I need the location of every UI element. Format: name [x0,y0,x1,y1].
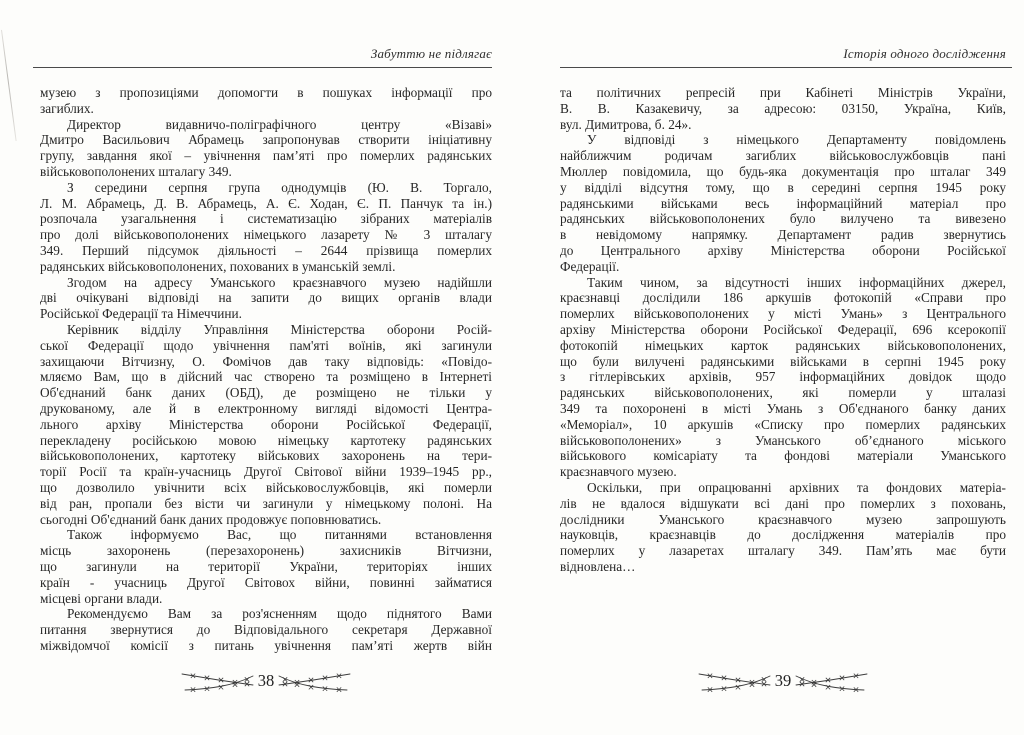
text-line: сьогодні Об'єднаний банк даних продовжує… [40,512,492,528]
left-page-text: музею з пропозиціями допомогти в пошуках… [40,85,492,654]
running-head-right: Історія одного дослідження [560,46,1006,67]
text-line: Оскільки, при опрацюванні архівних та фо… [560,480,1006,496]
text-line: Директор видавничо-поліграфічного центру… [40,117,492,133]
paragraph: Також інформуємо Вас, що питаннями встан… [40,527,492,606]
text-line: Федерації. [560,259,1006,275]
text-line: міжвідомчої комісії з питань увічнення п… [40,638,492,654]
text-line: вул. Димитрова, б. 24». [560,117,1006,133]
paragraph: Оскільки, при опрацюванні архівних та фо… [560,480,1006,575]
text-line: Об'єднаний банк даних (ОБД), де розміщен… [40,385,492,401]
text-line: до Центрального архіву Міністерства обор… [560,243,1006,259]
text-line: З середини серпня група однодумців (Ю. В… [40,180,492,196]
right-page: Історія одного дослідження та політичних… [560,46,1006,575]
text-line: Дмитро Васильович Абрамець запропонував … [40,132,492,148]
text-line: радянських військовополонених, похованих… [40,259,492,275]
paragraph: Директор видавничо-поліграфічного центру… [40,117,492,180]
text-line: відновлена… [560,559,1006,575]
text-line: найближчим родичам загиблих військовослу… [560,148,1006,164]
text-line: ської Федерації щодо увічнення пам'яті в… [40,338,492,354]
text-line: радянських військовополонених було вилуч… [560,211,1006,227]
text-line: захищаючи Вітчизну, О. Фомічов дав таку … [40,354,492,370]
text-line: померлих військовополонених у місті Уман… [560,306,1006,322]
text-line: в невідомому напрямку. Департамент радив… [560,227,1006,243]
text-line: Рекомендуємо Вам за роз'ясненням щодо пі… [40,606,492,622]
text-line: та політичних репресій при Кабінеті Міні… [560,85,1006,101]
paragraph: Таким чином, за відсутності інших інформ… [560,275,1006,480]
text-line: Згодом на адресу Уманського краєзнавчого… [40,275,492,291]
paragraph: та політичних репресій при Кабінеті Міні… [560,85,1006,132]
text-line: музею з пропозиціями допомогти в пошуках… [40,85,492,101]
text-line: перекладену російською мовою німецьку ка… [40,433,492,449]
paragraph: музею з пропозиціями допомогти в пошуках… [40,85,492,117]
text-line: архіву Міністерства оборони Російської Ф… [560,322,1006,338]
text-line: «Меморіал», 10 аркушів «Списку про помер… [560,417,1006,433]
right-page-footer: 39 [560,664,1006,698]
text-line: фотокопій німецьких карток радянських ві… [560,338,1006,354]
text-line: друкованому, але й в електронному вигляд… [40,401,492,417]
text-line: льного архіву Міністерства оборони Росій… [40,417,492,433]
book-spread: Забуттю не підлягає музею з пропозиціями… [0,0,1024,735]
text-line: Російської Федерації та Німеччини. [40,306,492,322]
text-line: радянських військовополонених, які помер… [560,385,1006,401]
text-line: від ран, пропали без вісти чи загинули у… [40,496,492,512]
paragraph: У відповіді з німецького Департаменту по… [560,132,1006,274]
running-head-left: Забуттю не підлягає [40,46,492,67]
text-line: 349. Перший підсумок діяльності – 2644 п… [40,243,492,259]
left-page: Забуттю не підлягає музею з пропозиціями… [40,46,492,654]
text-line: Таким чином, за відсутності інших інформ… [560,275,1006,291]
text-line: краєзнавчого музею. [560,464,1006,480]
text-line: військовополонених шталагу 349. [40,164,492,180]
text-line: військовополонених» з Уманського об’єдна… [560,433,1006,449]
left-page-footer: 38 [40,664,492,698]
text-line: Керівник відділу Управління Міністерства… [40,322,492,338]
text-line: науковців, краєзнавців до дослідження ма… [560,527,1006,543]
barbed-wire-right-icon [794,668,868,694]
text-line: військового комісаріату та фондові матер… [560,448,1006,464]
barbed-wire-left-icon [698,668,772,694]
text-line: що загинули на території України, терито… [40,559,492,575]
page-number: 38 [255,673,278,690]
text-line: В. В. Казакевичу, за адресою: 03150, Укр… [560,101,1006,117]
text-line: що були вилучені радянськими військами в… [560,354,1006,370]
text-line: країн - учасниць Другої Світовох війни, … [40,575,492,591]
paragraph: Згодом на адресу Уманського краєзнавчого… [40,275,492,322]
text-line: лів не вдалося відшукати всі дані про по… [560,496,1006,512]
header-rule [560,67,1012,68]
text-line: з гітлерівських архівів, 957 інформаційн… [560,369,1006,385]
text-line: групу, завдання якої – увічнення пам’яті… [40,148,492,164]
text-line: місцеві органи влади. [40,591,492,607]
text-line: питання звернутися до Відповідального се… [40,622,492,638]
barbed-wire-right-icon [277,668,351,694]
text-line: у відділі відсутня тому, що в середині с… [560,180,1006,196]
header-rule [33,67,492,68]
text-line: радянськими військами весь інформаційний… [560,196,1006,212]
text-line: 349 та похоронені в місті Умань з Об'єдн… [560,401,1006,417]
text-line: місць захоронень (перезахоронень) захисн… [40,543,492,559]
text-line: У відповіді з німецького Департаменту по… [560,132,1006,148]
page-number: 39 [772,673,795,690]
text-line: про долі військовополонених німецького л… [40,227,492,243]
text-line: військовополонених, картотеку військових… [40,448,492,464]
text-line: розпочала узагальнення і систематизацію … [40,211,492,227]
right-page-text: та політичних репресій при Кабінеті Міні… [560,85,1006,575]
text-line: Л. М. Абрамець, Д. В. Абрамець, А. Є. Хо… [40,196,492,212]
text-line: краєзнавці дослідили 186 аркушів фотокоп… [560,290,1006,306]
text-line: торії Росії та країн-учасниць Другої Сві… [40,464,492,480]
text-line: загиблих. [40,101,492,117]
paragraph: Рекомендуємо Вам за роз'ясненням щодо пі… [40,606,492,653]
text-line: мляємо Вам, що в дійсний час створено та… [40,369,492,385]
text-line: дві очікувані відповіді на запити до вищ… [40,290,492,306]
scanned-page-edge [1,30,17,141]
paragraph: З середини серпня група однодумців (Ю. В… [40,180,492,275]
text-line: що дозволило увічнити всіх військовослуж… [40,480,492,496]
barbed-wire-left-icon [181,668,255,694]
text-line: дослідники Уманського краєзнавчого музею… [560,512,1006,528]
text-line: померлих у лазаретах шталагу 349. Пам’ят… [560,543,1006,559]
text-line: Мюллер повідомила, що будь-яка документа… [560,164,1006,180]
text-line: Також інформуємо Вас, що питаннями встан… [40,527,492,543]
paragraph: Керівник відділу Управління Міністерства… [40,322,492,527]
